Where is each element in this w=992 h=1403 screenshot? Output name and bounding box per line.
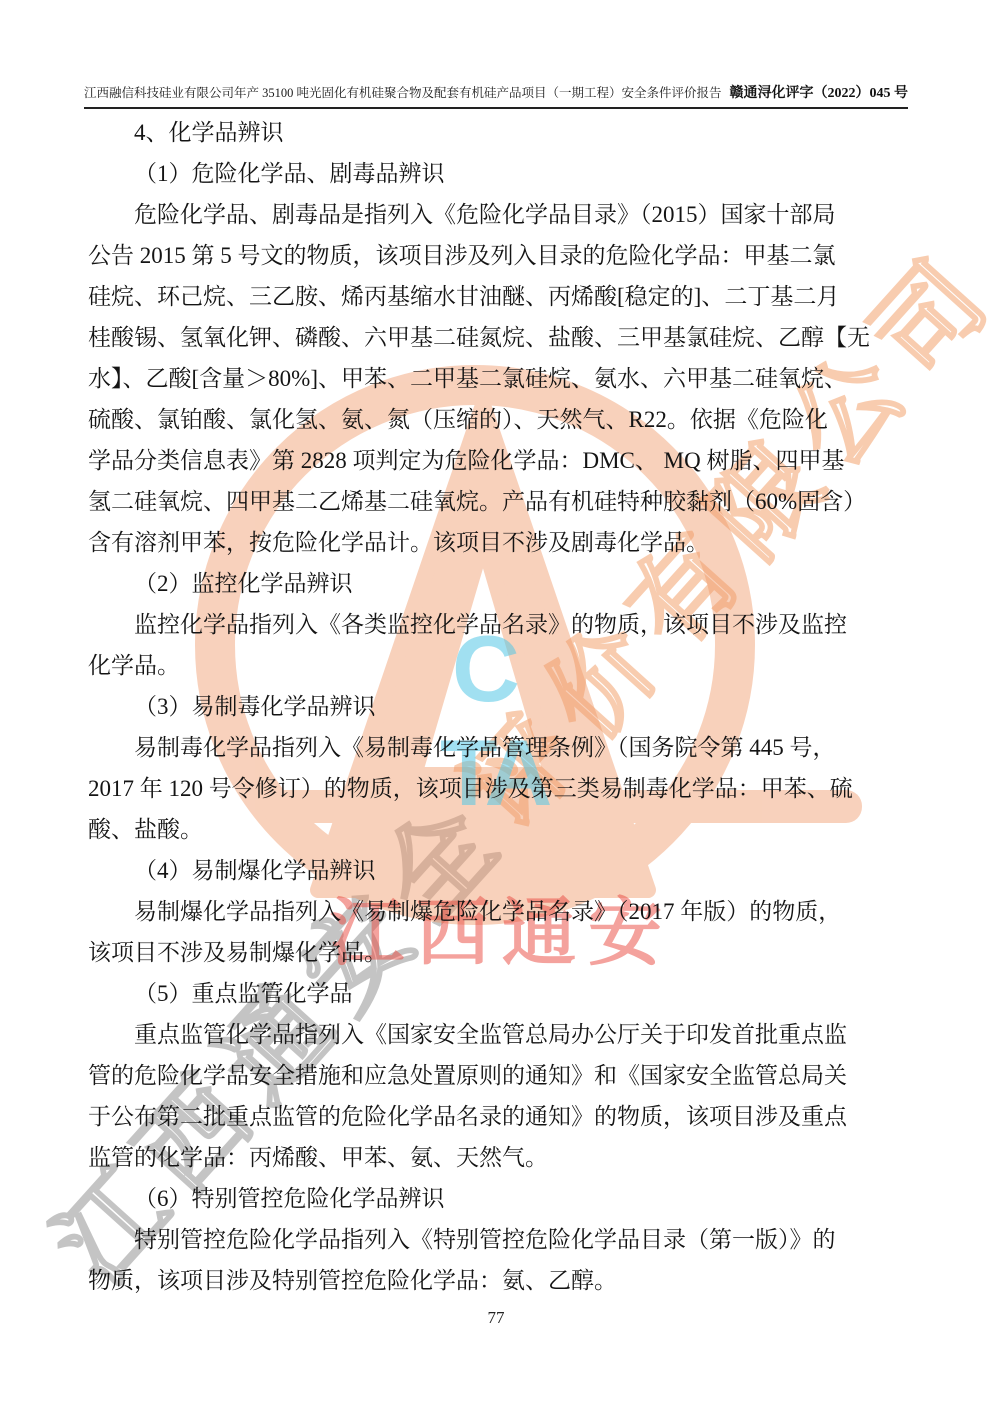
text-line: 氢二硅氧烷、四甲基二乙烯基二硅氧烷。产品有机硅特种胶黏剂（60%固含） [88, 481, 908, 522]
text-line: （5）重点监管化学品 [88, 973, 908, 1014]
text-line: 于公布第二批重点监管的危险化学品名录的通知》的物质，该项目涉及重点 [88, 1096, 908, 1137]
text-line: 该项目不涉及易制爆化学品。 [88, 932, 908, 973]
text-line: 公告 2015 第 5 号文的物质，该项目涉及列入目录的危险化学品：甲基二氯 [88, 235, 908, 276]
page-header: 江西融信科技硅业有限公司年产 35100 吨光固化有机硅聚合物及配套有机硅产品项… [84, 82, 908, 109]
text-line: （4）易制爆化学品辨识 [88, 850, 908, 891]
text-line: 监控化学品指列入《各类监控化学品名录》的物质，该项目不涉及监控 [88, 604, 908, 645]
text-line: 桂酸锡、氢氧化钾、磷酸、六甲基二硅氮烷、盐酸、三甲基氯硅烷、乙醇【无 [88, 317, 908, 358]
text-line: 2017 年 120 号令修订）的物质，该项目涉及第三类易制毒化学品：甲苯、硫 [88, 768, 908, 809]
text-line: 4、化学品辨识 [88, 112, 908, 153]
text-line: 易制爆化学品指列入《易制爆危险化学品名录》（2017 年版）的物质， [88, 891, 908, 932]
text-line: 学品分类信息表》第 2828 项判定为危险化学品：DMC、 MQ 树脂、四甲基 [88, 440, 908, 481]
text-line: 硅烷、环己烷、三乙胺、烯丙基缩水甘油醚、丙烯酸[稳定的]、二丁基二月 [88, 276, 908, 317]
text-line: （1）危险化学品、剧毒品辨识 [88, 153, 908, 194]
text-line: （2）监控化学品辨识 [88, 563, 908, 604]
text-line: 危险化学品、剧毒品是指列入《危险化学品目录》（2015）国家十部局 [88, 194, 908, 235]
text-line: （3）易制毒化学品辨识 [88, 686, 908, 727]
text-line: 易制毒化学品指列入《易制毒化学品管理条例》（国务院令第 445 号， [88, 727, 908, 768]
text-line: 硫酸、氯铂酸、氯化氢、氨、氮（压缩的）、天然气、R22。依据《危险化 [88, 399, 908, 440]
text-line: 重点监管化学品指列入《国家安全监管总局办公厅关于印发首批重点监 [88, 1014, 908, 1055]
text-line: 特别管控危险化学品指列入《特别管控危险化学品目录（第一版）》的 [88, 1219, 908, 1260]
text-line: 水】、乙酸[含量＞80%]、甲苯、二甲基二氯硅烷、氨水、六甲基二硅氧烷、 [88, 358, 908, 399]
text-line: 管的危险化学品安全措施和应急处置原则的通知》和《国家安全监管总局关 [88, 1055, 908, 1096]
text-line: 酸、盐酸。 [88, 809, 908, 850]
body-text: 4、化学品辨识（1）危险化学品、剧毒品辨识危险化学品、剧毒品是指列入《危险化学品… [88, 112, 908, 1301]
header-document-number: 赣通浔化评字（2022）045 号 [730, 82, 909, 102]
text-line: 含有溶剂甲苯，按危险化学品计。该项目不涉及剧毒化学品。 [88, 522, 908, 563]
header-report-title: 江西融信科技硅业有限公司年产 35100 吨光固化有机硅聚合物及配套有机硅产品项… [84, 83, 722, 101]
text-line: （6）特别管控危险化学品辨识 [88, 1178, 908, 1219]
text-line: 监管的化学品：丙烯酸、甲苯、氨、天然气。 [88, 1137, 908, 1178]
page-number: 77 [0, 1308, 992, 1328]
text-line: 化学品。 [88, 645, 908, 686]
text-line: 物质，该项目涉及特别管控危险化学品：氨、乙醇。 [88, 1260, 908, 1301]
document-page: 江西通安全评价有限公司 C TA 江西通安 江西融信科技硅业有限公司年产 351… [0, 0, 992, 1403]
